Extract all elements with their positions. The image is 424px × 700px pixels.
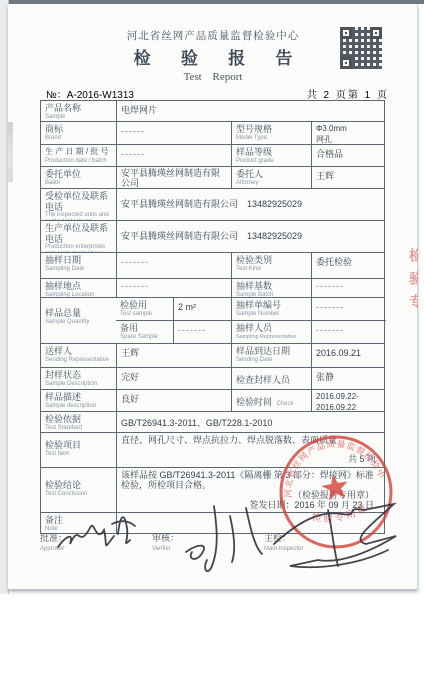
sample-quantity-subgrid: 检验用 Test sample 2 m² 抽样单编号 Sample Number… <box>116 298 386 343</box>
field-seal-status-label: 封样状态 Sample Description <box>41 368 116 389</box>
field-inspected-value: 安平县腾瑛丝网制造有限公司 13482925029 <box>116 189 384 220</box>
qr-code <box>340 27 382 69</box>
field-test-standard-label: 检验依据 Test Standard <box>41 412 116 432</box>
scan-smudge <box>8 122 13 182</box>
field-seal-checker-label: 检查封样人员 Check sealing sample personnel <box>231 368 311 389</box>
field-product-value: 电焊网片 <box>116 101 384 121</box>
field-sample-batch-value: ------- <box>311 279 386 297</box>
field-sender-value: 王辉 <box>116 344 231 367</box>
field-spare-sample-value: ------- <box>173 321 231 343</box>
field-sample-desc-label: 样品描述 Sample description <box>41 390 116 411</box>
seam-stamp-fragment: 检验专 <box>406 248 418 317</box>
field-test-time-value: 2016.09.22-2016.09.22 <box>311 390 386 411</box>
subrow-test-sample: 检验用 Test sample 2 m² 抽样单编号 Sample Number… <box>116 298 386 321</box>
table-row: 生产单位及联系电话 Production enterprises and con… <box>41 221 384 253</box>
table-row: 抽样日期 Sampling Date ------- 检验类别 Test Kin… <box>41 253 384 279</box>
field-arrival-date-label: 样品到达日期 Sending Date <box>231 344 311 367</box>
seal-note: （检验报告专用章） <box>121 490 380 500</box>
table-row: 封样状态 Sample Description 完好 检查封样人员 Check … <box>41 368 384 390</box>
field-producer-label: 生产单位及联系电话 Production enterprises and con… <box>41 221 116 252</box>
field-sample-number-value: ------- <box>311 298 386 320</box>
field-sample-batch-label: 抽样基数 Sample Batch <box>231 279 311 297</box>
field-attorney-label: 委托人 Attorney <box>231 167 311 188</box>
qr-finder-icon <box>370 27 382 39</box>
report-page: 河北省丝网产品质量监督检验中心 检 验 报 告 Test Report №：A-… <box>8 4 418 589</box>
field-sampling-location-label: 抽样地点 Sampling Location <box>41 279 116 297</box>
inspector-block: 主检： Main Inspector <box>264 528 376 553</box>
qr-finder-icon <box>340 57 352 69</box>
field-grade-value: 合格品 <box>311 145 386 166</box>
field-brand-label: 商标 Brand <box>41 122 116 144</box>
field-attorney-value: 王辉 <box>311 167 386 188</box>
field-test-item-value: 直径、网孔尺寸、焊点抗拉力、焊点脱落数、表面质量 共 5 项 <box>116 433 384 467</box>
field-seal-checker-value: 张静 <box>311 368 386 389</box>
field-production-date-value: ------ <box>116 145 231 166</box>
field-model-value: Φ3.0mm 网孔 200mm×200mm <box>311 122 386 144</box>
table-row: 商标 Brand ------ 型号规格 Model Type Φ3.0mm 网… <box>41 122 384 145</box>
field-product-label: 产品名称 Sample <box>41 101 116 121</box>
signature-row: 批准： Approver 审核： Verifier 主检： Main Inspe… <box>40 528 385 553</box>
field-sampling-rep-label: 抽样人员 Sampling Representative <box>231 321 311 343</box>
report-table: 产品名称 Sample 电焊网片 商标 Brand ------ 型号规格 Mo… <box>40 100 385 534</box>
approver-block: 批准： Approver <box>40 528 152 553</box>
field-production-date-label: 生 产 日 期 / 批 号 Production date / batch <box>41 145 116 166</box>
table-row: 样品描述 Sample description 良好 检验时间 Check se… <box>41 390 384 412</box>
field-inspected-label: 受检单位及联系电话 The inspected units and contac… <box>41 189 116 220</box>
field-test-kind-label: 检验类别 Test Kind <box>231 253 311 278</box>
field-brand-value: ------ <box>116 122 231 144</box>
table-row: 检验结论 Test Conclusion 该样品按 GB/T26941.3-20… <box>41 468 384 513</box>
table-row: 样品总量 Sample Quantity 检验用 Test sample 2 m… <box>41 298 384 344</box>
verifier-block: 审核： Verifier <box>152 528 264 553</box>
field-test-item-label: 检验项目 Test Item <box>41 433 116 467</box>
table-row: 受检单位及联系电话 The inspected units and contac… <box>41 189 384 221</box>
table-row: 抽样地点 Sampling Location ------- 抽样基数 Samp… <box>41 279 384 298</box>
field-sample-number-label: 抽样单编号 Sample Number <box>231 298 311 320</box>
table-row: 送样人 Sending Representative 王辉 样品到达日期 Sen… <box>41 344 384 368</box>
report-subtitle: Test Report <box>8 71 418 83</box>
field-test-conclusion-value: 该样品按 GB/T26941.3-2011《隔离栅 第 3 部分：焊接网》标准检… <box>116 468 384 512</box>
field-test-time-label: 检验时间 Check sealing sample time <box>231 390 311 411</box>
field-sampling-rep-value: ------- <box>311 321 386 343</box>
field-bailor-label: 委托单位 Bailor <box>41 167 116 188</box>
table-row: 检验依据 Test Standard GB/T26941.3-2011、GB/T… <box>41 412 384 433</box>
field-test-sample-label: 检验用 Test sample <box>116 298 173 320</box>
field-test-standard-value: GB/T26941.3-2011、GB/T228.1-2010 <box>116 412 384 432</box>
field-sampling-date-value: ------- <box>116 253 231 278</box>
field-spare-sample-label: 备用 Spare Sample <box>116 321 173 343</box>
field-grade-label: 样品等级 Product grade <box>231 145 311 166</box>
field-sample-desc-value: 良好 <box>116 390 231 411</box>
sign-date: 签发日期：2016 年 09 月 23 日 <box>121 500 380 510</box>
field-producer-value: 安平县腾瑛丝网制造有限公司 13482925029 <box>116 221 384 252</box>
field-test-kind-value: 委托检验 <box>311 253 386 278</box>
table-row: 检验项目 Test Item 直径、网孔尺寸、焊点抗拉力、焊点脱落数、表面质量 … <box>41 433 384 468</box>
field-sender-label: 送样人 Sending Representative <box>41 344 116 367</box>
table-row: 产品名称 Sample 电焊网片 <box>41 101 384 122</box>
qr-finder-icon <box>340 27 352 39</box>
field-test-sample-value: 2 m² <box>173 298 231 320</box>
field-seal-status-value: 完好 <box>116 368 231 389</box>
page-info: 共 2 页第 1 页 <box>307 86 389 101</box>
field-sampling-location-value: ------- <box>116 279 231 297</box>
field-arrival-date-value: 2016.09.21 <box>311 344 386 367</box>
field-model-label: 型号规格 Model Type <box>231 122 311 144</box>
table-row: 生 产 日 期 / 批 号 Production date / batch --… <box>41 145 384 167</box>
field-sample-quantity-label: 样品总量 Sample Quantity <box>41 298 116 343</box>
table-row: 委托单位 Bailor 安平县腾瑛丝网制造有限公司 委托人 Attorney 王… <box>41 167 384 189</box>
field-sampling-date-label: 抽样日期 Sampling Date <box>41 253 116 278</box>
subrow-spare-sample: 备用 Spare Sample ------- 抽样人员 Sampling Re… <box>116 321 386 343</box>
report-number-line: №：A-2016-W1313 共 2 页第 1 页 <box>46 86 391 101</box>
field-bailor-value: 安平县腾瑛丝网制造有限公司 <box>116 167 231 188</box>
test-item-count: 共 5 项 <box>348 452 376 465</box>
field-test-conclusion-label: 检验结论 Test Conclusion <box>41 468 116 512</box>
